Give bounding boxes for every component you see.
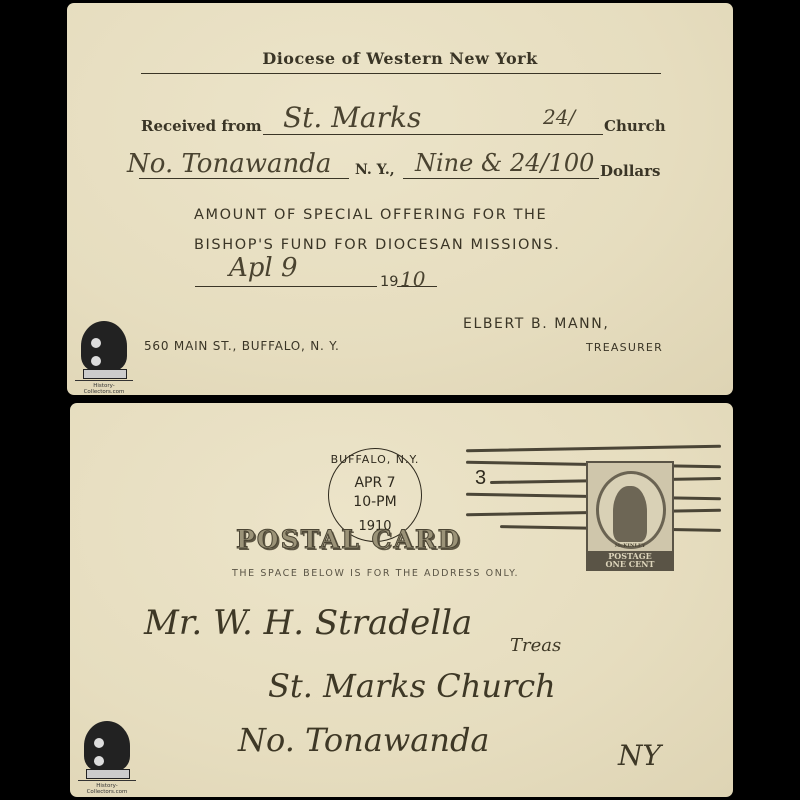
addressee-name: Mr. W. H. Stradella	[144, 603, 472, 643]
state-label: N. Y.,	[355, 162, 395, 178]
dollars-label: Dollars	[600, 162, 660, 180]
address-space-note: THE SPACE BELOW IS FOR THE ADDRESS ONLY.	[232, 568, 519, 579]
year-suffix: 10	[400, 267, 425, 291]
addressee-church: St. Marks Church	[268, 667, 556, 705]
postal-card-back: 3 BUFFALO, N.Y. APR 7 10-PM 1910 POSTAL …	[70, 403, 733, 797]
postal-card-title: POSTAL CARD	[236, 525, 461, 554]
stamp-portrait-name: McKINLEY	[588, 543, 672, 549]
stamp-one-cent: ONE CENT	[588, 559, 672, 569]
received-from-value: St. Marks	[283, 101, 421, 134]
postmark-city: BUFFALO, N.Y.	[329, 453, 421, 466]
header-rule	[141, 73, 661, 74]
received-from-rule	[263, 134, 603, 135]
postmark-time: 10-PM	[329, 494, 421, 510]
amount-rule	[403, 178, 599, 179]
diocese-header: Diocese of Western New York	[67, 49, 733, 68]
watermark-logo: History-Collectors.com	[76, 721, 138, 793]
signer-name: ELBERT B. MANN,	[463, 316, 609, 332]
signer-title: TREASURER	[586, 341, 663, 354]
mckinley-stamp: McKINLEY POSTAGE ONE CENT	[586, 461, 674, 571]
cancel-line	[466, 445, 721, 452]
amount-value: Nine & 24/100	[415, 149, 594, 177]
watermark-text: History-Collectors.com	[76, 783, 138, 795]
purpose-line-1: AMOUNT OF SPECIAL OFFERING FOR THE	[194, 207, 547, 223]
town-rule	[139, 178, 349, 179]
town-value: No. Tonawanda	[127, 149, 331, 179]
addressee-town: No. Tonawanda	[238, 721, 490, 759]
portrait-icon	[613, 486, 647, 542]
owl-icon	[84, 721, 130, 771]
cancel-number: 3	[475, 467, 486, 490]
addressee-state: NY	[618, 739, 661, 772]
office-address: 560 MAIN ST., BUFFALO, N. Y.	[144, 339, 340, 353]
date-value: Apl 9	[229, 253, 298, 283]
purpose-line-2: BISHOP'S FUND FOR DIOCESAN MISSIONS.	[194, 237, 560, 253]
receipt-card-front: Diocese of Western New York Received fro…	[67, 3, 733, 395]
owl-icon	[81, 321, 127, 371]
book-icon	[83, 369, 127, 379]
year-prefix: 19	[380, 274, 398, 290]
book-icon	[86, 769, 130, 779]
date-rule	[195, 286, 377, 287]
watermark-text: History-Collectors.com	[73, 383, 135, 395]
church-label: Church	[604, 117, 666, 135]
amount-cents-mark: 24/	[543, 105, 575, 129]
watermark-logo: History-Collectors.com	[73, 321, 135, 393]
addressee-title: Treas	[510, 635, 561, 656]
postmark-date: APR 7	[329, 475, 421, 491]
received-from-label: Received from	[141, 117, 262, 135]
